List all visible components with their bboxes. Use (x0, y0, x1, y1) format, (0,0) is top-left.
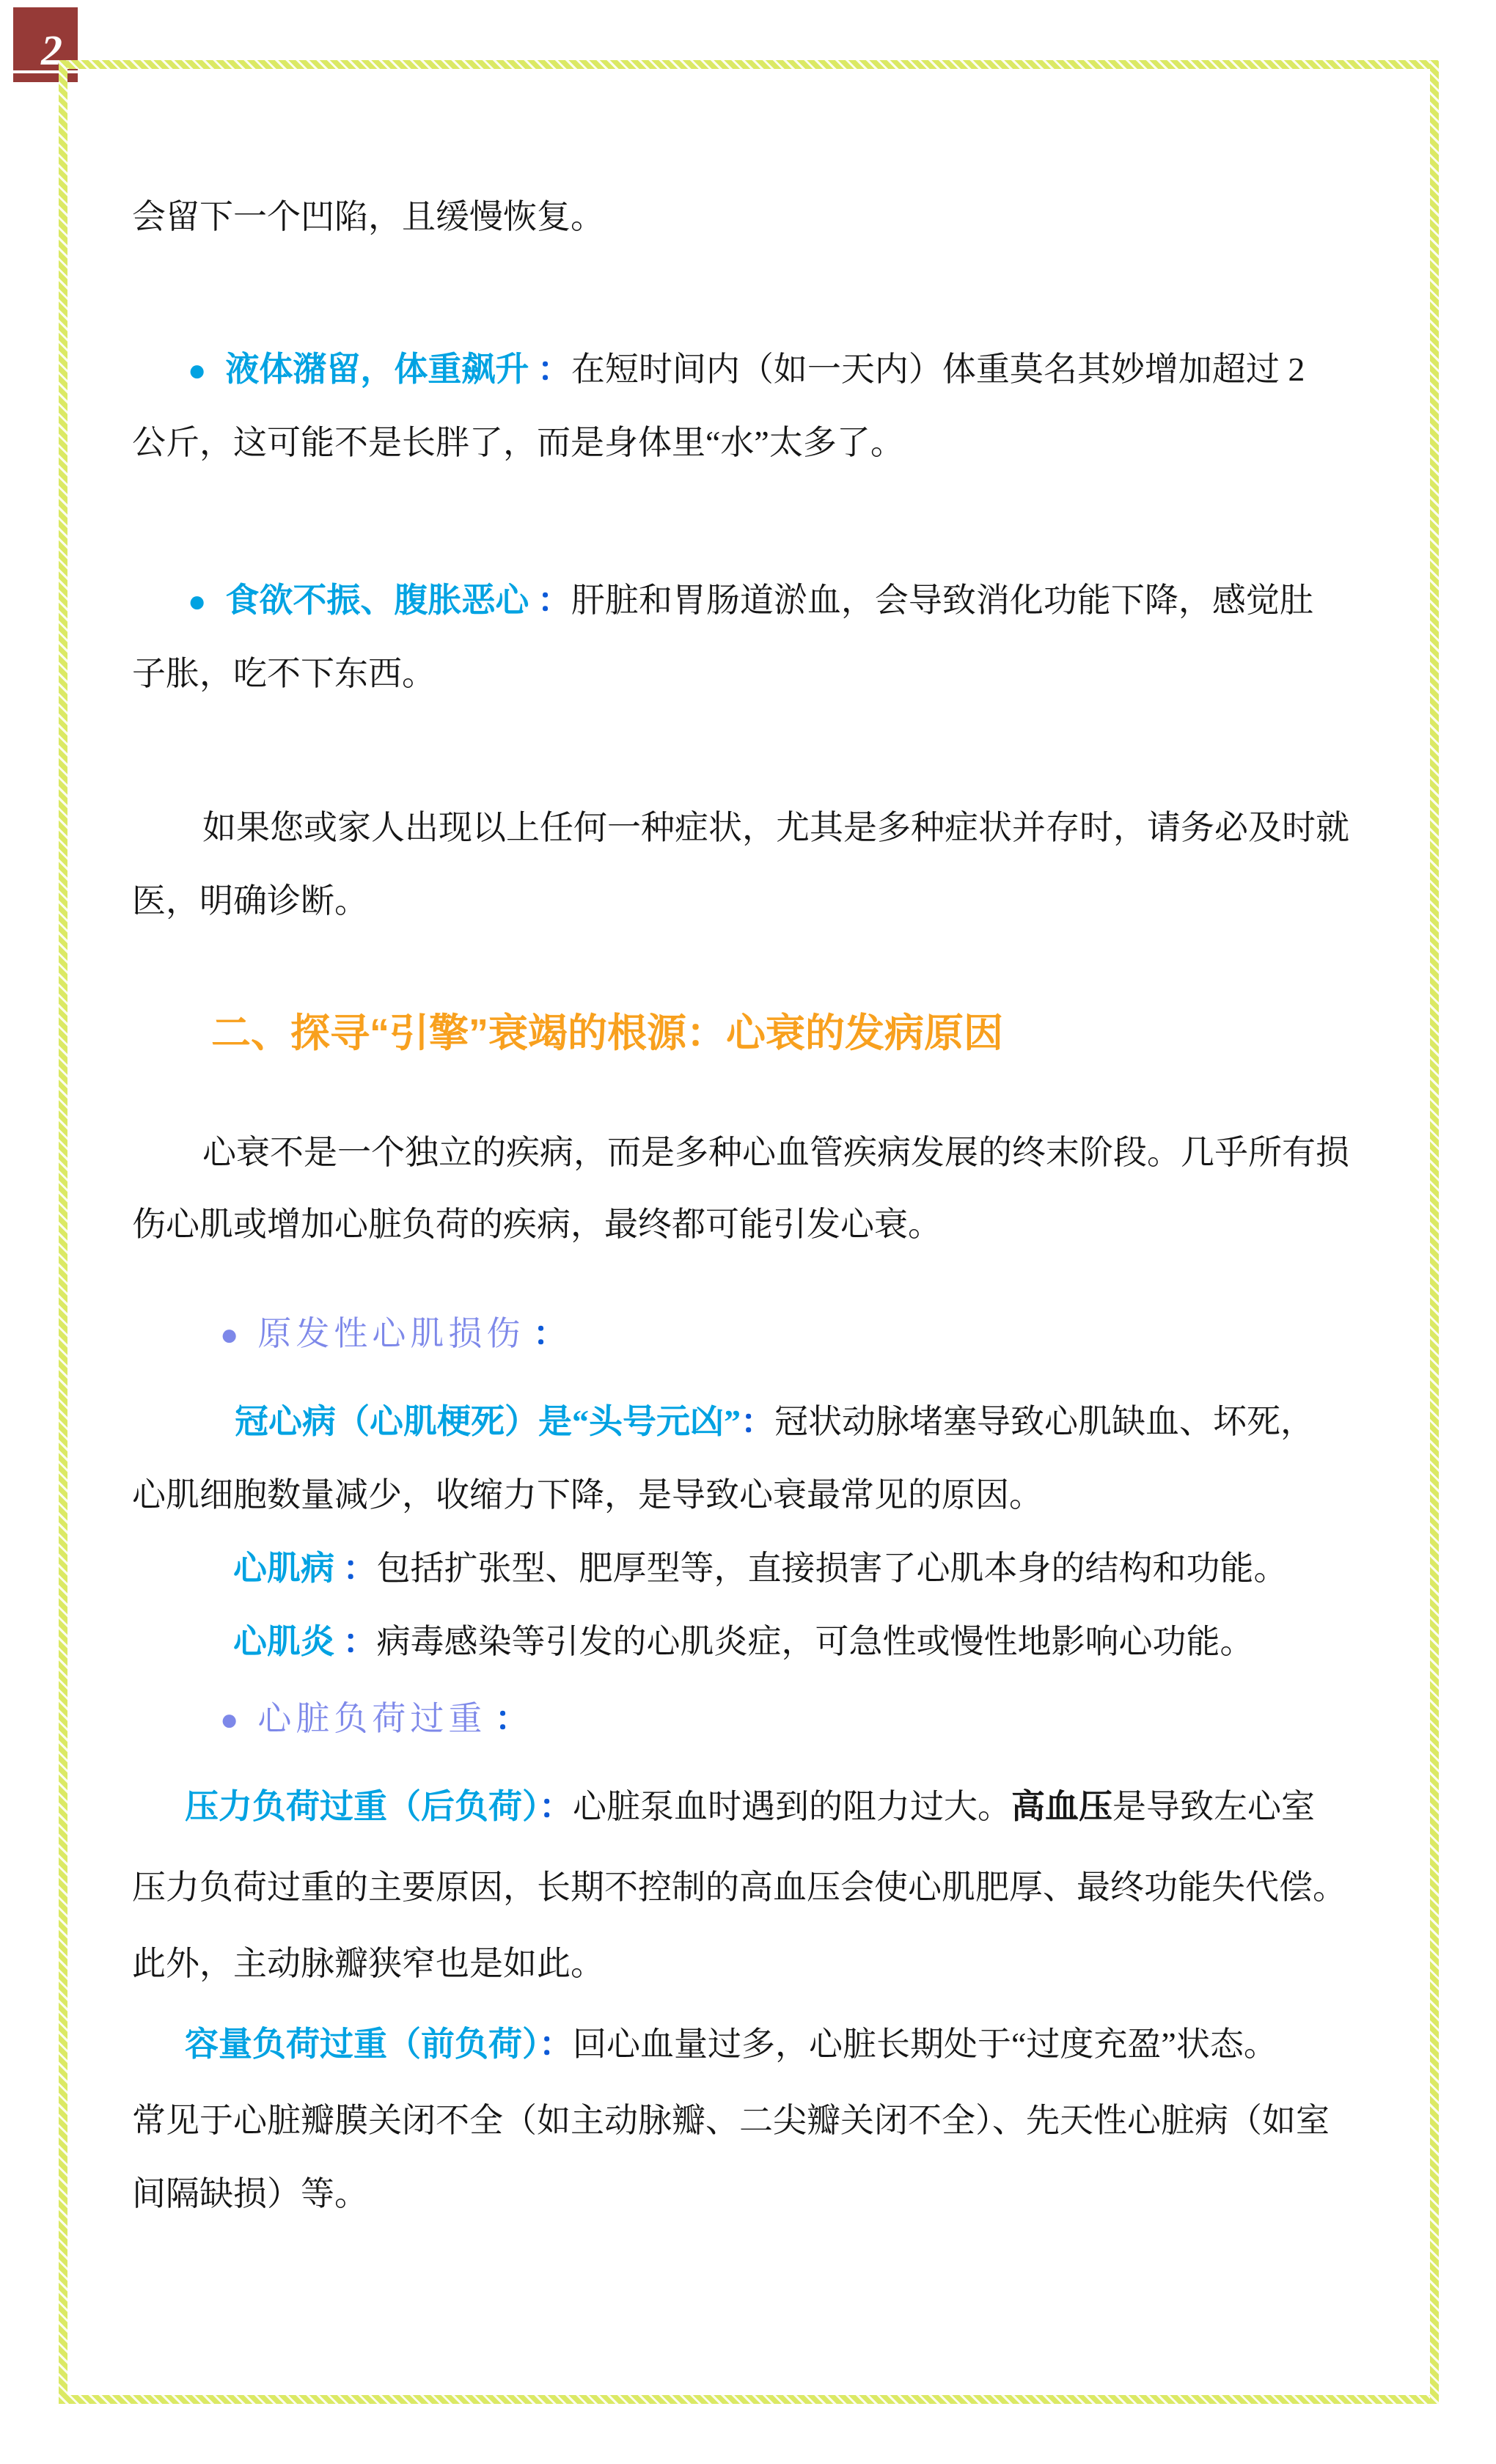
text-segment: 冠状动脉堵塞导致心肌缺血、坏死， (774, 1403, 1314, 1440)
text-segment: ： (529, 351, 571, 388)
text-segment: ： (524, 1315, 567, 1352)
text-segment: 心脏负荷过重 (257, 1700, 486, 1737)
text-segment: ： (334, 1550, 377, 1587)
bullet-dot-icon: ● (188, 354, 206, 388)
text-segment: 肝脏和胃肠道淤血，会导致消化功能下降，感觉肚 (571, 582, 1313, 619)
text-segment: ： (539, 2025, 573, 2063)
paragraph: 常见于心脏瓣膜关闭不全（如主动脉瓣、二尖瓣关闭不全）、先天性心脏病（如室 (132, 2102, 1330, 2141)
sub-item: 压力负荷过重（后负荷）：心脏泵血时遇到的阻力过大。高血压是导致左心室 (185, 1788, 1315, 1827)
text-segment: 子胀，吃不下东西。 (132, 655, 436, 692)
bullet-dot-icon: ● (220, 1704, 238, 1737)
bullet-dot-icon: ● (220, 1319, 238, 1352)
page-number-underline-bar (13, 73, 78, 82)
paragraph: 心衰不是一个独立的疾病，而是多种心血管疾病发展的终末阶段。几乎所有损 (202, 1134, 1349, 1173)
sub-item: 容量负荷过重（前负荷）：回心血量过多，心脏长期处于“过度充盈”状态。 (185, 2025, 1277, 2064)
text-segment: 容量负荷过重（前负荷） (185, 2025, 539, 2063)
text-segment: 如果您或家人出现以上任何一种症状，尤其是多种症状并存时，请务必及时就 (202, 809, 1349, 846)
page-border-left (59, 60, 67, 2404)
sub-item: 心肌炎 ：病毒感染等引发的心肌炎症，可急性或慢性地影响心功能。 (233, 1623, 1254, 1662)
text-segment: 此外，主动脉瓣狭窄也是如此。 (132, 1945, 604, 1982)
text-segment: 冠心病（心肌梗死）是“头号元凶” (235, 1403, 741, 1440)
paragraph: 间隔缺损）等。 (132, 2175, 368, 2214)
bullet-dot-icon: ● (188, 585, 206, 619)
text-segment: 会留下一个凹陷，且缓慢恢复。 (132, 198, 604, 235)
paragraph: 如果您或家人出现以上任何一种症状，尤其是多种症状并存时，请务必及时就 (202, 809, 1349, 848)
text-segment: 心衰不是一个独立的疾病，而是多种心血管疾病发展的终末阶段。几乎所有损 (202, 1134, 1349, 1171)
sub-item: 冠心病（心肌梗死）是“头号元凶”：冠状动脉堵塞导致心肌缺血、坏死， (235, 1403, 1314, 1442)
text-segment: 液体潴留，体重飙升 (225, 351, 529, 388)
paragraph: 子胀，吃不下东西。 (132, 655, 436, 694)
page-border-right (1430, 60, 1439, 2404)
text-segment: ： (539, 1788, 573, 1825)
text-segment: 间隔缺损）等。 (132, 2175, 368, 2212)
section-heading: 二、探寻“引擎”衰竭的根源：心衰的发病原因 (211, 1011, 1003, 1056)
text-segment: 包括扩张型、肥厚型等，直接损害了心肌本身的结构和功能。 (377, 1550, 1288, 1587)
bullet-item: ●液体潴留，体重飙升 ：在短时间内（如一天内）体重莫名其妙增加超过 2 (188, 351, 1305, 389)
text-segment: 常见于心脏瓣膜关闭不全（如主动脉瓣、二尖瓣关闭不全）、先天性心脏病（如室 (132, 2102, 1330, 2139)
text-segment: 原发性心肌损伤 (257, 1315, 524, 1352)
text-segment: 心肌病 (233, 1550, 334, 1587)
text-segment: 在短时间内（如一天内）体重莫名其妙增加超过 2 (571, 351, 1305, 388)
paragraph: 伤心肌或增加心脏负荷的疾病，最终都可能引发心衰。 (132, 1206, 942, 1244)
bullet-item: ●原发性心肌损伤 ： (220, 1315, 567, 1354)
paragraph: 此外，主动脉瓣狭窄也是如此。 (132, 1945, 604, 1984)
text-segment: ： (486, 1700, 529, 1737)
text-segment: 心肌细胞数量减少，收缩力下降，是导致心衰最常见的原因。 (132, 1476, 1043, 1514)
paragraph: 压力负荷过重的主要原因，长期不控制的高血压会使心肌肥厚、最终功能失代偿。 (132, 1869, 1346, 1907)
text-segment: 心脏泵血时遇到的阻力过大。 (573, 1788, 1011, 1825)
paragraph: 公斤，这可能不是长胖了，而是身体里“水”太多了。 (132, 424, 904, 463)
text-segment: 公斤，这可能不是长胖了，而是身体里“水”太多了。 (132, 424, 904, 461)
text-segment: 二、探寻“引擎”衰竭的根源：心衰的发病原因 (211, 1011, 1003, 1055)
text-segment: ： (529, 582, 571, 619)
text-segment: 食欲不振、腹胀恶心 (225, 582, 529, 619)
text-segment: 伤心肌或增加心脏负荷的疾病，最终都可能引发心衰。 (132, 1206, 942, 1243)
text-segment: 高血压 (1011, 1788, 1112, 1825)
text-segment: ： (741, 1403, 774, 1440)
paragraph: 会留下一个凹陷，且缓慢恢复。 (132, 198, 604, 237)
text-segment: 压力负荷过重（后负荷） (185, 1788, 539, 1825)
page-number: 2 (41, 29, 62, 72)
paragraph: 医，明确诊断。 (132, 882, 368, 921)
text-segment: 回心血量过多，心脏长期处于“过度充盈”状态。 (573, 2025, 1277, 2063)
sub-item: 心肌病 ：包括扩张型、肥厚型等，直接损害了心肌本身的结构和功能。 (233, 1550, 1288, 1588)
page-border-top (59, 60, 1439, 69)
bullet-item: ●心脏负荷过重 ： (220, 1700, 529, 1739)
text-segment: 压力负荷过重的主要原因，长期不控制的高血压会使心肌肥厚、最终功能失代偿。 (132, 1869, 1346, 1906)
text-segment: 是导致左心室 (1112, 1788, 1315, 1825)
page-border-bottom (59, 2395, 1439, 2404)
text-segment: ： (334, 1623, 377, 1660)
bullet-item: ●食欲不振、腹胀恶心 ：肝脏和胃肠道淤血，会导致消化功能下降，感觉肚 (188, 582, 1313, 620)
text-segment: 病毒感染等引发的心肌炎症，可急性或慢性地影响心功能。 (377, 1623, 1254, 1660)
text-segment: 医，明确诊断。 (132, 882, 368, 920)
paragraph: 心肌细胞数量减少，收缩力下降，是导致心衰最常见的原因。 (132, 1476, 1043, 1515)
text-segment: 心肌炎 (233, 1623, 334, 1660)
